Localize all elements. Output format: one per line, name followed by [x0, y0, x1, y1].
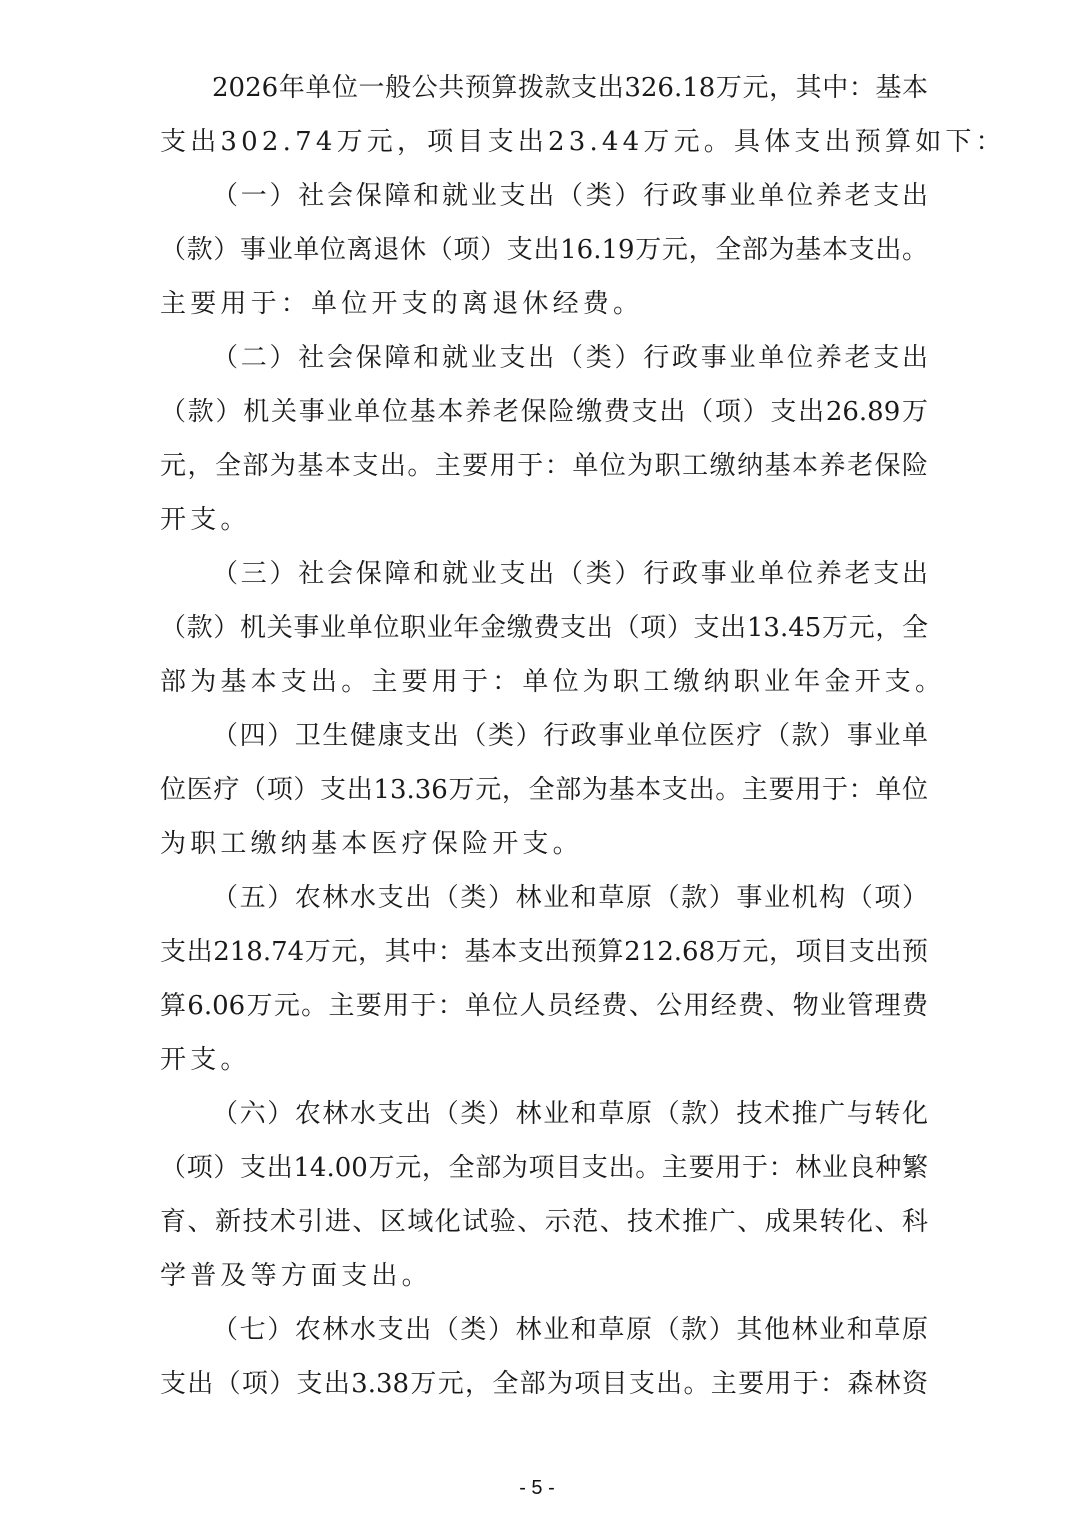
paragraph-line: （三）社会保障和就业支出（类）行政事业单位养老支出 — [212, 554, 928, 594]
paragraph-line: （一）社会保障和就业支出（类）行政事业单位养老支出 — [212, 176, 928, 216]
paragraph-line: 部为基本支出。主要用于：单位为职工缴纳职业年金开支。 — [160, 662, 945, 702]
paragraph-line: （二）社会保障和就业支出（类）行政事业单位养老支出 — [212, 338, 928, 378]
paragraph-line: （五）农林水支出（类）林业和草原（款）事业机构（项） — [212, 878, 928, 918]
paragraph-line: （四）卫生健康支出（类）行政事业单位医疗（款）事业单 — [212, 716, 928, 756]
paragraph-line: 开支。 — [160, 500, 251, 540]
paragraph-line: （六）农林水支出（类）林业和草原（款）技术推广与转化 — [212, 1094, 928, 1134]
paragraph-line: （款）事业单位离退休（项）支出16.19万元，全部为基本支出。 — [160, 230, 928, 270]
paragraph-line: 算6.06万元。主要用于：单位人员经费、公用经费、物业管理费 — [160, 986, 928, 1026]
paragraph-line: 元，全部为基本支出。主要用于：单位为职工缴纳基本养老保险 — [160, 446, 928, 486]
paragraph-line: 为职工缴纳基本医疗保险开支。 — [160, 824, 583, 864]
paragraph-line: 支出302.74万元，项目支出23.44万元。具体支出预算如下： — [160, 122, 1006, 162]
page-number: - 5 - — [0, 1476, 1074, 1500]
paragraph-line: （款）机关事业单位职业年金缴费支出（项）支出13.45万元，全 — [160, 608, 928, 648]
paragraph-line: 学普及等方面支出。 — [160, 1256, 432, 1296]
paragraph-line: 支出218.74万元，其中：基本支出预算212.68万元，项目支出预 — [160, 932, 928, 972]
paragraph-line: （款）机关事业单位基本养老保险缴费支出（项）支出26.89万 — [160, 392, 928, 432]
paragraph-line: 支出（项）支出3.38万元，全部为项目支出。主要用于：森林资 — [160, 1364, 928, 1404]
paragraph-line: 育、新技术引进、区域化试验、示范、技术推广、成果转化、科 — [160, 1202, 928, 1242]
paragraph-line: 主要用于：单位开支的离退休经费。 — [160, 284, 643, 324]
paragraph-line: （七）农林水支出（类）林业和草原（款）其他林业和草原 — [212, 1310, 928, 1350]
paragraph-line: 位医疗（项）支出13.36万元，全部为基本支出。主要用于：单位 — [160, 770, 928, 810]
paragraph-line: 开支。 — [160, 1040, 251, 1080]
document-page: 2026年单位一般公共预算拨款支出326.18万元，其中：基本 支出302.74… — [0, 0, 1074, 1520]
paragraph-line: 2026年单位一般公共预算拨款支出326.18万元，其中：基本 — [212, 68, 928, 108]
paragraph-line: （项）支出14.00万元，全部为项目支出。主要用于：林业良种繁 — [160, 1148, 928, 1188]
